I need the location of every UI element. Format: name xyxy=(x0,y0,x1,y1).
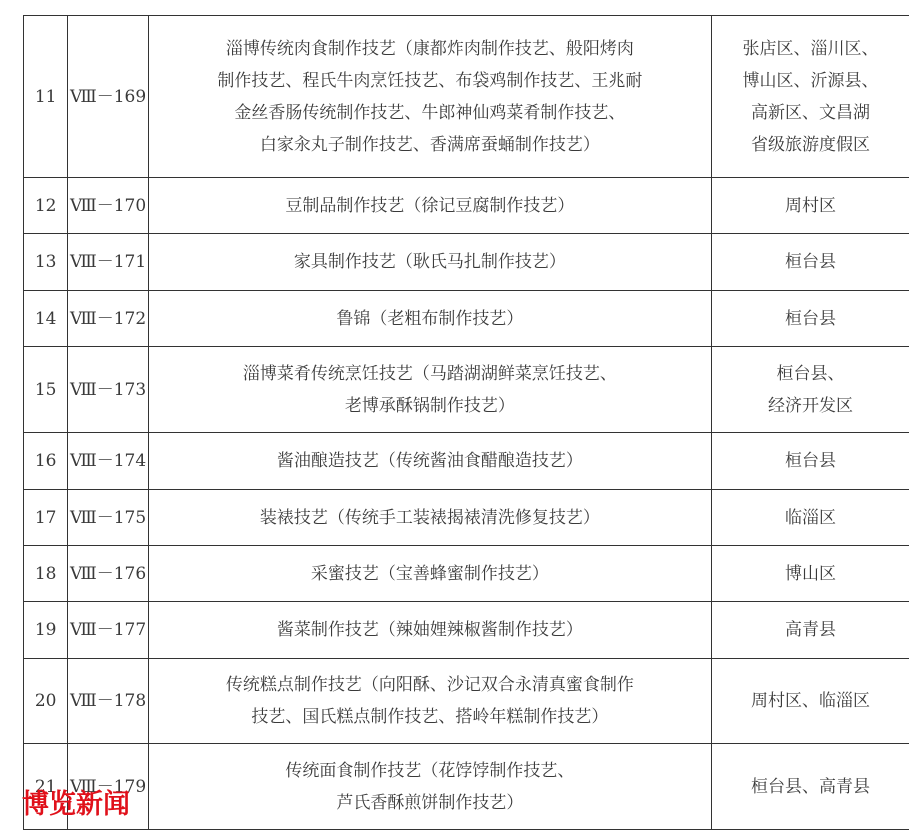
area-cell-line: 经济开发区 xyxy=(716,390,905,422)
item-name-cell-line: 传统糕点制作技艺（向阳酥、沙记双合永清真蜜食制作 xyxy=(155,669,705,701)
item-name-cell: 家具制作技艺（耿氏马扎制作技艺） xyxy=(148,234,711,291)
area-cell-line: 桓台县 xyxy=(716,246,905,278)
table-row: 20Ⅷ－178传统糕点制作技艺（向阳酥、沙记双合永清真蜜食制作技艺、国氏糕点制作… xyxy=(24,659,909,744)
row-number-cell: 20 xyxy=(24,659,68,744)
area-cell: 博山区 xyxy=(711,546,909,602)
item-code-cell: Ⅷ－171 xyxy=(68,234,148,291)
area-cell: 桓台县、经济开发区 xyxy=(711,347,909,433)
item-name-cell-line: 制作技艺、程氏牛肉烹饪技艺、布袋鸡制作技艺、王兆耐 xyxy=(155,65,705,97)
item-name-cell: 传统面食制作技艺（花饽饽制作技艺、芦氏香酥煎饼制作技艺） xyxy=(148,744,711,830)
row-number-cell: 18 xyxy=(24,546,68,602)
area-cell: 高青县 xyxy=(711,602,909,659)
area-cell-line: 博山区 xyxy=(716,558,905,590)
item-code-cell: Ⅷ－169 xyxy=(68,16,148,178)
item-name-cell-line: 装裱技艺（传统手工装裱揭裱清洗修复技艺） xyxy=(155,502,705,534)
row-number-cell: 14 xyxy=(24,291,68,347)
item-code-cell: Ⅷ－172 xyxy=(68,291,148,347)
row-number-cell: 19 xyxy=(24,602,68,659)
table-row: 17Ⅷ－175装裱技艺（传统手工装裱揭裱清洗修复技艺）临淄区 xyxy=(24,490,909,546)
area-cell-line: 高青县 xyxy=(716,614,905,646)
table-row: 15Ⅷ－173淄博菜肴传统烹饪技艺（马踏湖湖鲜菜烹饪技艺、老博承酥锅制作技艺）桓… xyxy=(24,347,909,433)
table-row: 12Ⅷ－170豆制品制作技艺（徐记豆腐制作技艺）周村区 xyxy=(24,178,909,234)
area-cell-line: 桓台县 xyxy=(716,303,905,335)
area-cell: 桓台县 xyxy=(711,291,909,347)
item-name-cell: 鲁锦（老粗布制作技艺） xyxy=(148,291,711,347)
row-number-cell: 11 xyxy=(24,16,68,178)
item-name-cell: 淄博菜肴传统烹饪技艺（马踏湖湖鲜菜烹饪技艺、老博承酥锅制作技艺） xyxy=(148,347,711,433)
area-cell-line: 周村区、临淄区 xyxy=(716,685,905,717)
area-cell-line: 桓台县、 xyxy=(716,358,905,390)
area-cell-line: 桓台县、高青县 xyxy=(716,771,905,803)
area-cell-line: 桓台县 xyxy=(716,445,905,477)
item-code-cell: Ⅷ－170 xyxy=(68,178,148,234)
area-cell: 临淄区 xyxy=(711,490,909,546)
item-name-cell-line: 老博承酥锅制作技艺） xyxy=(155,390,705,422)
item-name-cell: 酱油酿造技艺（传统酱油食醋酿造技艺） xyxy=(148,433,711,490)
item-code-cell: Ⅷ－175 xyxy=(68,490,148,546)
item-name-cell-line: 白家汆丸子制作技艺、香满席蚕蛹制作技艺） xyxy=(155,129,705,161)
area-cell-line: 高新区、文昌湖 xyxy=(716,97,905,129)
item-name-cell: 豆制品制作技艺（徐记豆腐制作技艺） xyxy=(148,178,711,234)
item-name-cell-line: 芦氏香酥煎饼制作技艺） xyxy=(155,787,705,819)
item-name-cell-line: 酱油酿造技艺（传统酱油食醋酿造技艺） xyxy=(155,445,705,477)
item-name-cell-line: 技艺、国氏糕点制作技艺、搭岭年糕制作技艺） xyxy=(155,701,705,733)
item-name-cell-line: 金丝香肠传统制作技艺、牛郎神仙鸡菜肴制作技艺、 xyxy=(155,97,705,129)
item-code-cell: Ⅷ－178 xyxy=(68,659,148,744)
item-name-cell-line: 酱菜制作技艺（辣妯娌辣椒酱制作技艺） xyxy=(155,614,705,646)
item-code-cell: Ⅷ－177 xyxy=(68,602,148,659)
item-name-cell: 淄博传统肉食制作技艺（康都炸肉制作技艺、般阳烤肉制作技艺、程氏牛肉烹饪技艺、布袋… xyxy=(148,16,711,178)
table-row: 14Ⅷ－172鲁锦（老粗布制作技艺）桓台县 xyxy=(24,291,909,347)
area-cell: 桓台县 xyxy=(711,234,909,291)
area-cell: 桓台县 xyxy=(711,433,909,490)
item-code-cell: Ⅷ－174 xyxy=(68,433,148,490)
area-cell-line: 省级旅游度假区 xyxy=(716,129,905,161)
table-row: 21Ⅷ－179传统面食制作技艺（花饽饽制作技艺、芦氏香酥煎饼制作技艺）桓台县、高… xyxy=(24,744,909,830)
item-name-cell-line: 采蜜技艺（宝善蜂蜜制作技艺） xyxy=(155,558,705,590)
area-cell: 周村区 xyxy=(711,178,909,234)
row-number-cell: 12 xyxy=(24,178,68,234)
area-cell-line: 张店区、淄川区、 xyxy=(716,33,905,65)
area-cell-line: 周村区 xyxy=(716,190,905,222)
row-number-cell: 13 xyxy=(24,234,68,291)
watermark-logo: 博览新闻 xyxy=(22,782,130,821)
item-name-cell-line: 淄博菜肴传统烹饪技艺（马踏湖湖鲜菜烹饪技艺、 xyxy=(155,358,705,390)
item-name-cell: 装裱技艺（传统手工装裱揭裱清洗修复技艺） xyxy=(148,490,711,546)
table-row: 18Ⅷ－176采蜜技艺（宝善蜂蜜制作技艺）博山区 xyxy=(24,546,909,602)
item-name-cell: 采蜜技艺（宝善蜂蜜制作技艺） xyxy=(148,546,711,602)
table-row: 19Ⅷ－177酱菜制作技艺（辣妯娌辣椒酱制作技艺）高青县 xyxy=(24,602,909,659)
table-row: 13Ⅷ－171家具制作技艺（耿氏马扎制作技艺）桓台县 xyxy=(24,234,909,291)
item-name-cell: 传统糕点制作技艺（向阳酥、沙记双合永清真蜜食制作技艺、国氏糕点制作技艺、搭岭年糕… xyxy=(148,659,711,744)
item-name-cell-line: 家具制作技艺（耿氏马扎制作技艺） xyxy=(155,246,705,278)
row-number-cell: 15 xyxy=(24,347,68,433)
heritage-list-table: 11Ⅷ－169淄博传统肉食制作技艺（康都炸肉制作技艺、般阳烤肉制作技艺、程氏牛肉… xyxy=(23,15,909,830)
item-name-cell-line: 鲁锦（老粗布制作技艺） xyxy=(155,303,705,335)
table-row: 16Ⅷ－174酱油酿造技艺（传统酱油食醋酿造技艺）桓台县 xyxy=(24,433,909,490)
item-name-cell-line: 淄博传统肉食制作技艺（康都炸肉制作技艺、般阳烤肉 xyxy=(155,33,705,65)
area-cell: 桓台县、高青县 xyxy=(711,744,909,830)
area-cell: 周村区、临淄区 xyxy=(711,659,909,744)
area-cell-line: 临淄区 xyxy=(716,502,905,534)
row-number-cell: 17 xyxy=(24,490,68,546)
table-row: 11Ⅷ－169淄博传统肉食制作技艺（康都炸肉制作技艺、般阳烤肉制作技艺、程氏牛肉… xyxy=(24,16,909,178)
area-cell: 张店区、淄川区、博山区、沂源县、高新区、文昌湖省级旅游度假区 xyxy=(711,16,909,178)
item-name-cell-line: 传统面食制作技艺（花饽饽制作技艺、 xyxy=(155,755,705,787)
area-cell-line: 博山区、沂源县、 xyxy=(716,65,905,97)
row-number-cell: 16 xyxy=(24,433,68,490)
item-name-cell: 酱菜制作技艺（辣妯娌辣椒酱制作技艺） xyxy=(148,602,711,659)
item-code-cell: Ⅷ－176 xyxy=(68,546,148,602)
item-code-cell: Ⅷ－173 xyxy=(68,347,148,433)
item-name-cell-line: 豆制品制作技艺（徐记豆腐制作技艺） xyxy=(155,190,705,222)
table-body: 11Ⅷ－169淄博传统肉食制作技艺（康都炸肉制作技艺、般阳烤肉制作技艺、程氏牛肉… xyxy=(24,16,909,830)
